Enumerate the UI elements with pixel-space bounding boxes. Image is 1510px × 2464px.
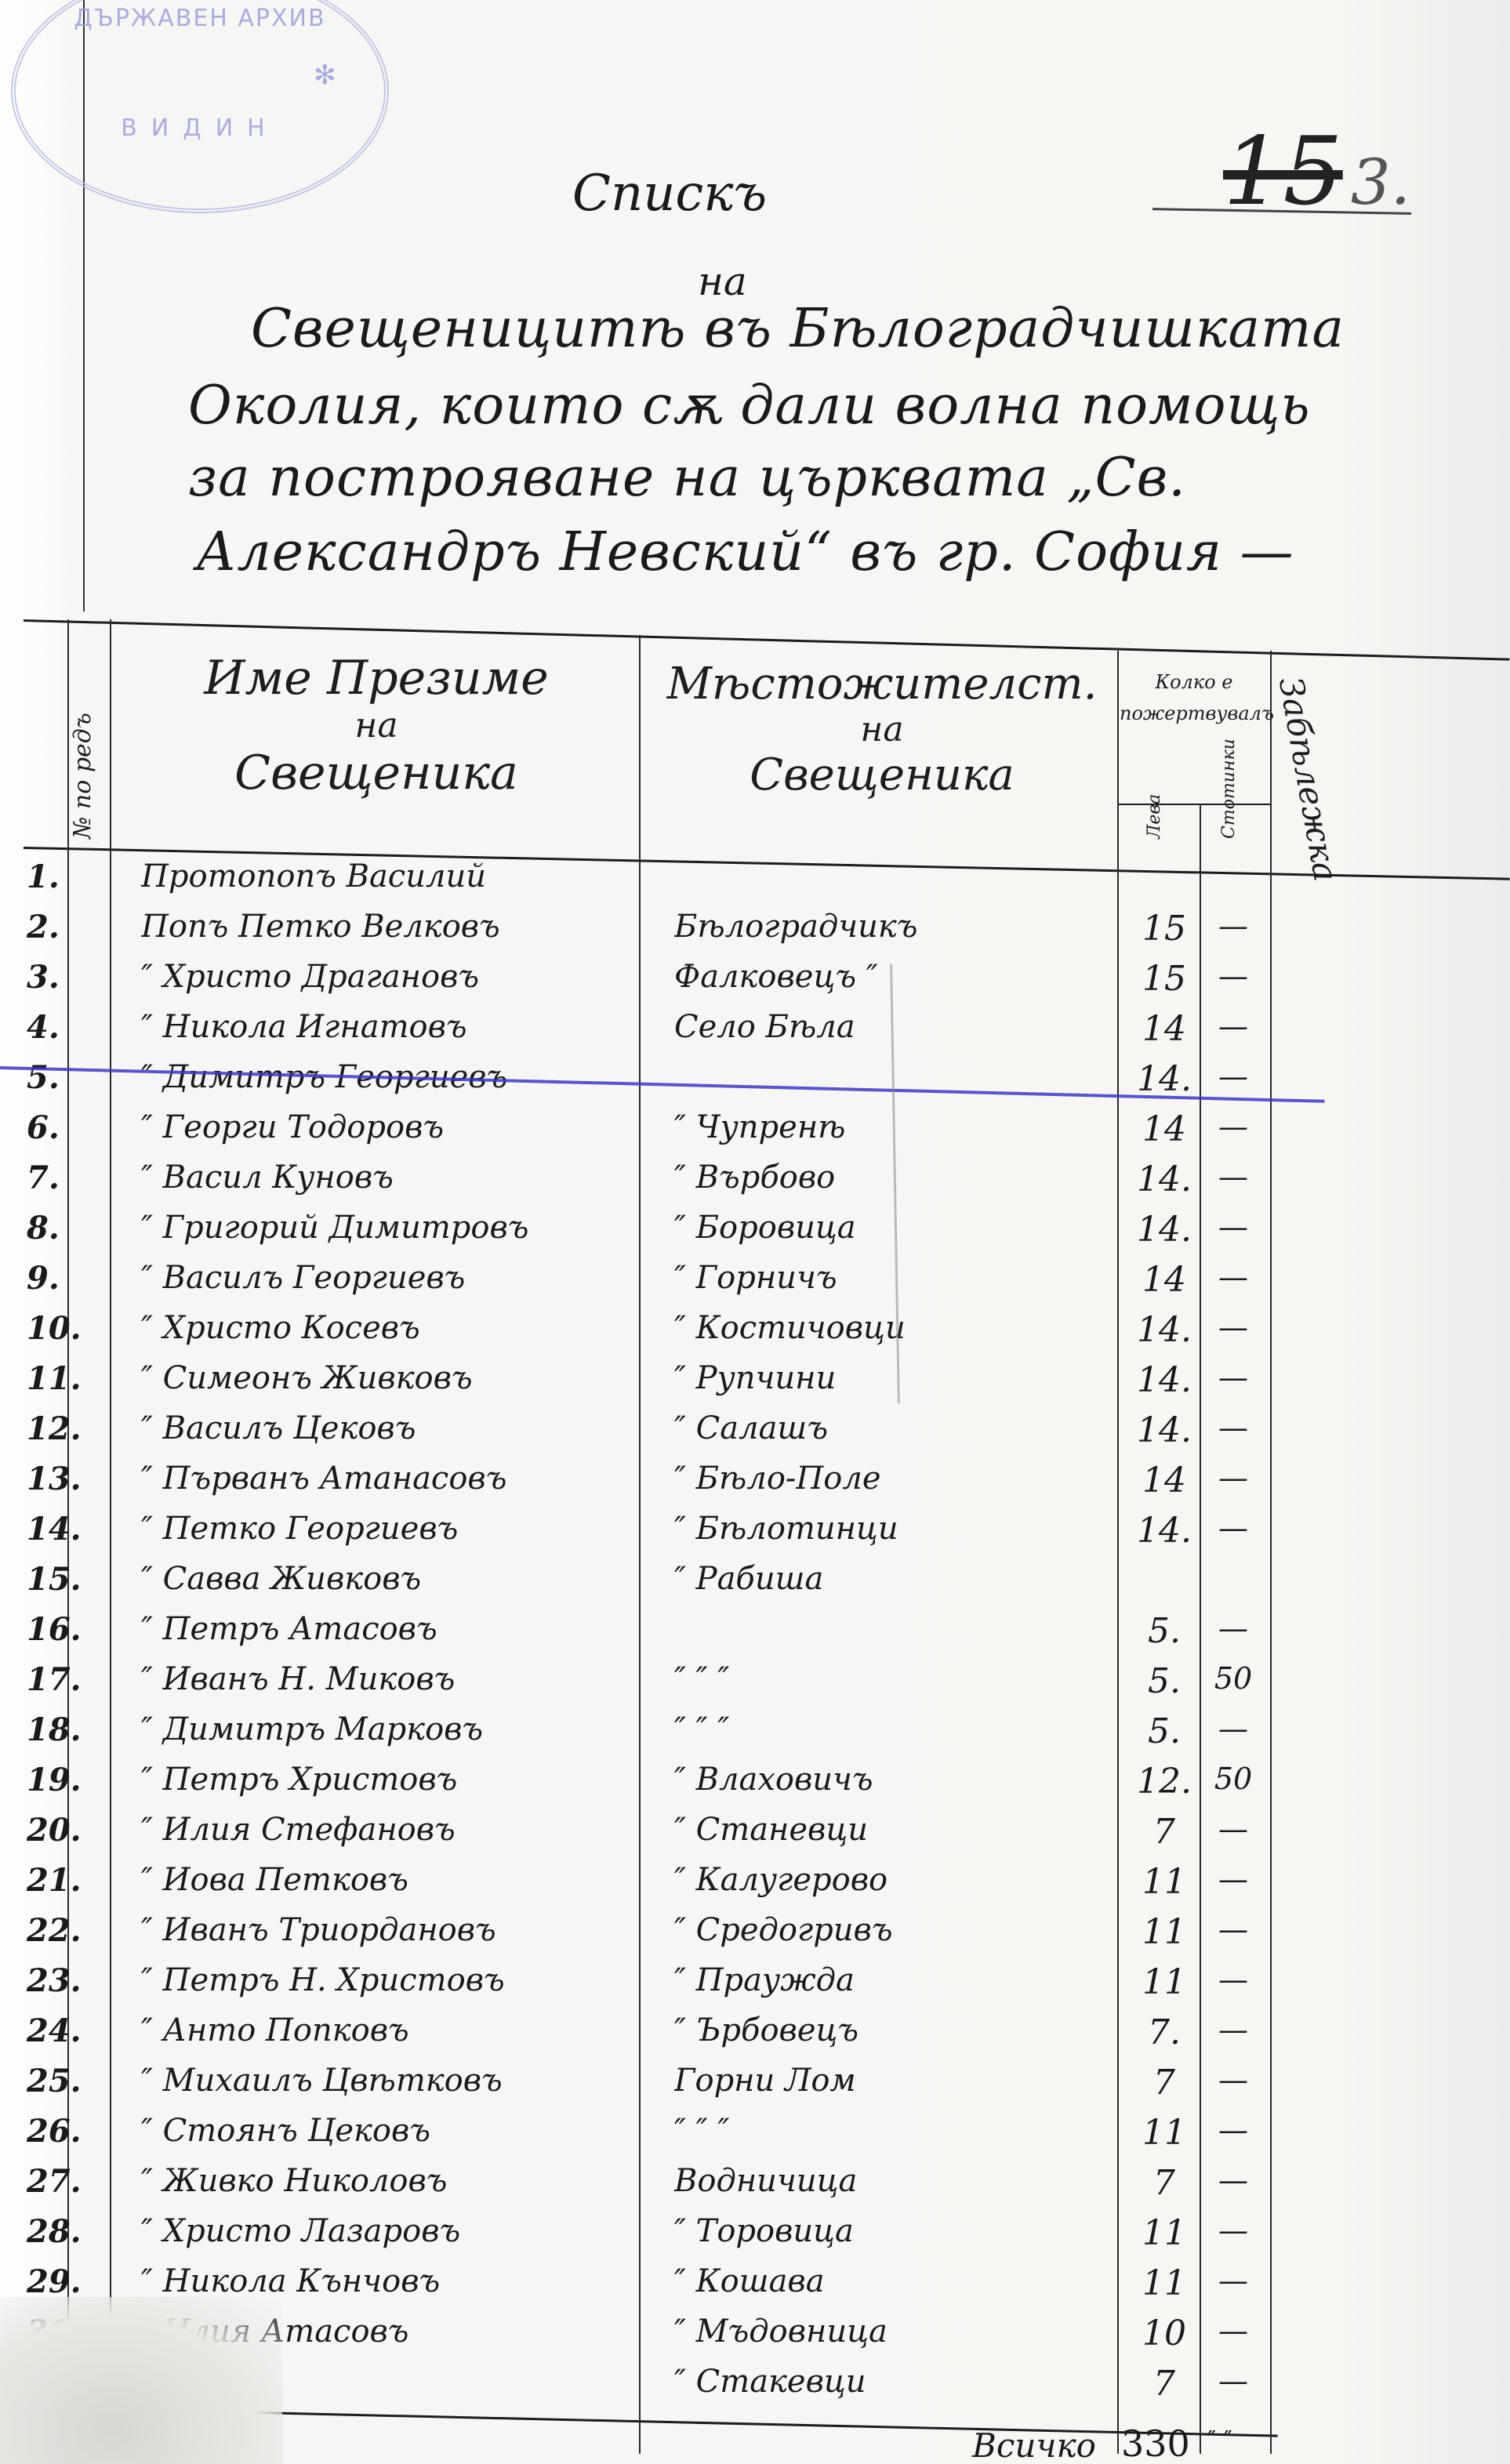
amount-stotinki: — [1198, 1360, 1269, 1395]
row-number: 28. [27, 2213, 82, 2250]
priest-place: ″ Рабиша [674, 1561, 1137, 1597]
priest-name: ″ Анто Попковъ [141, 2012, 659, 2048]
priest-name: ″ Савва Живковъ [141, 1561, 659, 1597]
row-number: 13. [27, 1461, 82, 1497]
header-notes: Забѣлежка [1272, 674, 1345, 884]
priest-name: ″ Иванъ Триордановъ [141, 1912, 659, 1948]
amount-stotinki: — [1198, 1611, 1269, 1646]
priest-name: ″ Петръ Атасовъ [141, 1611, 659, 1647]
amount-leva: 7 [1125, 2063, 1203, 2103]
archive-stamp: ДЪРЖАВЕН АРХИВ ✻ ВИДИН [11, 0, 389, 213]
total-leva: 330 [1121, 2422, 1190, 2464]
amount-leva: 14. [1125, 1410, 1203, 1450]
amount-stotinki: 50 [1198, 1661, 1269, 1696]
amount-stotinki: — [1198, 1461, 1269, 1495]
priest-name: ″ Димитръ Марковъ [141, 1711, 659, 1747]
table-row: 2.Попъ Петко ВелковъБѣлоградчикъ15— [24, 909, 1510, 959]
row-number: 27. [27, 2163, 82, 2200]
row-number: 29. [27, 2263, 82, 2300]
table-row: 15.″ Савва Живковъ″ Рабиша [24, 1561, 1510, 1611]
priest-name: ″ Симеонъ Живковъ [141, 1360, 659, 1396]
priest-place: Село Бѣла [674, 1009, 1137, 1045]
priest-name: ″ Христо Косевъ [141, 1310, 659, 1346]
row-number: 16. [27, 1611, 82, 1648]
amount-leva: 7. [1125, 2012, 1203, 2052]
amount-stotinki: — [1198, 2213, 1269, 2248]
amount-stotinki: — [1198, 1812, 1269, 1846]
amount-leva: 14. [1125, 1159, 1203, 1199]
row-number: 23. [27, 1962, 82, 1999]
row-number: 26. [27, 2113, 82, 2150]
priest-place: Водничица [674, 2163, 1137, 2199]
priest-place: ″ Бѣлотинци [674, 1511, 1137, 1547]
priest-name: ″ Христо Драгановъ [141, 959, 659, 995]
priest-name: ″ Никола Игнатовъ [141, 1009, 659, 1045]
row-number: 18. [27, 1711, 82, 1748]
priest-name: ″ Никола Кънчовъ [141, 2263, 659, 2299]
priest-place: ″ Торовица [674, 2213, 1137, 2249]
row-number: 21. [27, 1862, 82, 1899]
priest-name: ″ Георги Тодоровъ [141, 1109, 659, 1145]
priest-place: ″ Чупренѣ [674, 1109, 1137, 1145]
amount-leva: 11 [1125, 1912, 1203, 1952]
header-place-line-2: на [647, 709, 1117, 749]
table-row: 8.″ Григорий Димитровъ″ Боровица14.— [24, 1210, 1510, 1260]
amount-stotinki: — [1198, 2163, 1269, 2197]
amount-leva: 7 [1125, 2364, 1203, 2404]
amount-leva: 11 [1125, 2113, 1203, 2153]
row-number: 1. [27, 858, 82, 895]
amount-leva: 15 [1125, 959, 1203, 999]
amount-leva: 14. [1125, 1210, 1203, 1250]
priest-place: ″ Влаховичъ [674, 1762, 1137, 1798]
table-row: 11.″ Симеонъ Живковъ″ Рупчини14.— [24, 1360, 1510, 1410]
table-row: 22.″ Иванъ Триордановъ″ Средогривъ11— [24, 1912, 1510, 1962]
table-row: 20.″ Илия Стефановъ″ Станевци7— [24, 1812, 1510, 1862]
amount-stotinki: — [1198, 2364, 1269, 2398]
amount-stotinki: — [1198, 1059, 1269, 1094]
priest-place: ″ Горничъ [674, 1260, 1137, 1296]
amount-stotinki: — [1198, 1962, 1269, 1997]
stamp-top-text: ДЪРЖАВЕН АРХИВ [16, 5, 384, 32]
amount-leva: 11 [1125, 2263, 1203, 2303]
table-row: 16.″ Петръ Атасовъ5.— [24, 1611, 1510, 1661]
amount-leva: 14. [1125, 1511, 1203, 1551]
priest-place: ″ Бѣло-Поле [674, 1461, 1137, 1497]
row-number: 3. [27, 959, 82, 996]
row-number: 22. [27, 1912, 82, 1949]
row-number: 4. [27, 1009, 82, 1046]
table-row: 17.″ Иванъ Н. Миковъ″ ″ ″5.50 [24, 1661, 1510, 1711]
amount-stotinki: — [1198, 1912, 1269, 1947]
table-row: 27.″ Живко НиколовъВодничица7— [24, 2163, 1510, 2213]
priest-name: ″ Григорий Димитровъ [141, 1210, 659, 1246]
amount-stotinki: — [1198, 1109, 1269, 1144]
priest-place: ″ ″ ″ [674, 1711, 1137, 1747]
row-number: 7. [27, 1159, 82, 1196]
amount-stotinki: — [1198, 1159, 1269, 1194]
amount-stotinki: — [1198, 2113, 1269, 2147]
table-row: 9.″ Василъ Георгиевъ″ Горничъ14— [24, 1260, 1510, 1310]
priest-name: ″ Василъ Георгиевъ [141, 1260, 659, 1296]
priest-name: ″ Петръ Н. Христовъ [141, 1962, 659, 1998]
header-name-line-1: Име Презиме [118, 651, 635, 706]
amount-stotinki: — [1198, 2313, 1269, 2348]
amount-leva: 5. [1125, 1611, 1203, 1651]
amount-stotinki: — [1198, 1862, 1269, 1896]
row-number: 6. [27, 1109, 82, 1146]
header-stotinki: Стотинки [1219, 738, 1239, 839]
row-number: 10. [27, 1310, 82, 1347]
table-row: 26.″ Стоянъ Цековъ″ ″ ″11— [24, 2113, 1510, 2163]
table-row: 14.″ Петко Георгиевъ″ Бѣлотинци14.— [24, 1511, 1510, 1561]
title-line-2: Околия, които сѫ дали волна помощь [188, 375, 1311, 437]
priest-name: ″ Стоянъ Цековъ [141, 2113, 659, 2149]
priest-place: ″ Костичовци [674, 1310, 1137, 1346]
title-line-3: за построяване на църквата „Св. [188, 447, 1186, 509]
priest-name: ″ Васил Куновъ [141, 1159, 659, 1196]
table-row: 23.″ Петръ Н. Христовъ″ Праужда11— [24, 1962, 1510, 2012]
header-leva: Лева [1145, 794, 1164, 839]
amount-stotinki: — [1198, 1210, 1269, 1244]
table-row: 18.″ Димитръ Марковъ″ ″ ″5.— [24, 1711, 1510, 1762]
priest-place: ″ Мъдовница [674, 2313, 1137, 2350]
amount-leva: 7 [1125, 1812, 1203, 1852]
header-name: Име Презиме на Свещеника [118, 651, 635, 800]
row-number: 8. [27, 1210, 82, 1247]
amount-stotinki: 50 [1198, 1762, 1269, 1796]
table-row: 7.″ Васил Куновъ″ Върбово14.— [24, 1159, 1510, 1210]
priest-name: Попъ Петко Велковъ [141, 909, 659, 945]
amount-stotinki: — [1198, 909, 1269, 943]
priest-place: ″ Рупчини [674, 1360, 1137, 1396]
priest-place: ″ Ърбовецъ [674, 2012, 1137, 2048]
total-label: Всичко [972, 2426, 1096, 2464]
document-page: ДЪРЖАВЕН АРХИВ ✻ ВИДИН 153. Спискъ на Св… [0, 0, 1510, 2464]
table-row: 25.″ Михаилъ ЦвѣтковъГорни Лом7— [24, 2063, 1510, 2113]
amount-stotinki: — [1198, 1260, 1269, 1294]
priest-place: ″ ″ ″ [674, 1661, 1137, 1697]
table-row: 13.″ Първанъ Атанасовъ″ Бѣло-Поле14— [24, 1461, 1510, 1511]
amount-leva: 14. [1125, 1310, 1203, 1350]
folio-new-number: 3. [1351, 146, 1410, 219]
amount-leva: 10 [1125, 2313, 1203, 2353]
amount-leva: 14. [1125, 1360, 1203, 1400]
row-number: 9. [27, 1260, 82, 1297]
table-row: 12.″ Василъ Цековъ″ Салашъ14.— [24, 1410, 1510, 1461]
amount-leva: 7 [1125, 2163, 1203, 2203]
priest-name: ″ Иова Петковъ [141, 1862, 659, 1898]
priest-name: ″ Първанъ Атанасовъ [141, 1461, 659, 1497]
row-number: 20. [27, 1812, 82, 1849]
amount-stotinki: — [1198, 1410, 1269, 1445]
priest-place: ″ Кошава [674, 2263, 1137, 2299]
table-row: 21.″ Иова Петковъ″ Калугерово11— [24, 1862, 1510, 1912]
priest-place: ″ Калугерово [674, 1862, 1137, 1898]
amount-stotinki: — [1198, 959, 1269, 993]
header-amount: Колко е пожертвувалъ [1120, 666, 1269, 729]
table-row: 24.″ Анто Попковъ″ Ърбовецъ7.— [24, 2012, 1510, 2063]
amount-leva: 11 [1125, 1962, 1203, 2002]
donation-table: № по редъ Име Презиме на Свещеника Мѣсто… [24, 619, 1510, 2454]
amount-leva: 14 [1125, 1109, 1203, 1149]
row-number: 14. [27, 1511, 82, 1548]
header-number: № по редъ [69, 713, 96, 839]
priest-name: Протопопъ Василий [141, 858, 659, 895]
table-row: 4.″ Никола ИгнатовъСело Бѣла14— [24, 1009, 1510, 1059]
amount-subheader-rule [1117, 804, 1270, 805]
row-number: 15. [27, 1561, 82, 1598]
header-place: Мѣстожителст. на Свещеника [647, 659, 1117, 800]
priest-name: ″ Илия Стефановъ [141, 1812, 659, 1848]
row-number: 17. [27, 1661, 82, 1698]
row-number: 19. [27, 1762, 82, 1798]
header-place-line-3: Свещеника [647, 749, 1117, 800]
priest-place: ″ ″ ″ [674, 2113, 1137, 2149]
priest-name: ″ Христо Лазаровъ [141, 2213, 659, 2249]
amount-stotinki: — [1198, 1511, 1269, 1545]
amount-leva: 11 [1125, 2213, 1203, 2253]
table-row: 10.″ Христо Косевъ″ Костичовци14.— [24, 1310, 1510, 1360]
amount-stotinki: — [1198, 2263, 1269, 2298]
priest-place: Горни Лом [674, 2063, 1137, 2099]
table-row: 6.″ Георги Тодоровъ″ Чупренѣ14— [24, 1109, 1510, 1159]
row-number: 11. [27, 1360, 82, 1397]
priest-name: ″ Петръ Христовъ [141, 1762, 659, 1798]
table-row: 19.″ Петръ Христовъ″ Влаховичъ12.50 [24, 1762, 1510, 1812]
table-row: 1.Протопопъ Василий [24, 858, 1510, 909]
priest-name: ″ Иванъ Н. Миковъ [141, 1661, 659, 1697]
amount-leva: 12. [1125, 1762, 1203, 1802]
amount-leva: 11 [1125, 1862, 1203, 1902]
priest-name: ″ Петко Георгиевъ [141, 1511, 659, 1547]
priest-place: ″ Стакевци [674, 2364, 1137, 2400]
amount-leva: 15 [1125, 909, 1203, 949]
row-number: 5. [27, 1059, 82, 1096]
priest-name: ″ Василъ Цековъ [141, 1410, 659, 1446]
amount-leva: 14 [1125, 1009, 1203, 1049]
amount-leva: 14 [1125, 1260, 1203, 1300]
priest-place: ″ Салашъ [674, 1410, 1137, 1446]
amount-stotinki: — [1198, 2063, 1269, 2097]
total-stotinki: ″ ″ [1207, 2426, 1232, 2454]
amount-stotinki: — [1198, 1711, 1269, 1746]
amount-leva: 14. [1125, 1059, 1203, 1099]
row-number: 12. [27, 1410, 82, 1447]
row-number: 2. [27, 909, 82, 945]
title-line-1: Свещеницитѣ въ Бѣлоградчишката [251, 298, 1345, 360]
priest-place: ″ Средогривъ [674, 1912, 1137, 1948]
amount-leva: 5. [1125, 1661, 1203, 1701]
row-number: 24. [27, 2012, 82, 2049]
stamp-bottom-text: ВИДИН [16, 114, 384, 142]
amount-leva: 14 [1125, 1461, 1203, 1501]
row-number: 25. [27, 2063, 82, 2099]
header-name-line-3: Свещеника [118, 746, 635, 800]
priest-place: ″ Станевци [674, 1812, 1137, 1848]
amount-stotinki: — [1198, 2012, 1269, 2047]
priest-place: ″ Боровица [674, 1210, 1137, 1246]
header-name-line-2: на [118, 706, 635, 746]
header-place-line-1: Мѣстожителст. [647, 659, 1117, 709]
priest-name: ″ Михаилъ Цвѣтковъ [141, 2063, 659, 2099]
priest-name: ″ Живко Николовъ [141, 2163, 659, 2199]
priest-place: Бѣлоградчикъ [674, 909, 1137, 945]
priest-place: ″ Върбово [674, 1159, 1137, 1196]
stamp-star-icon: ✻ [314, 60, 336, 91]
title-line-4: Александръ Невский“ въ гр. София — [196, 521, 1294, 583]
title-heading: Спискъ [572, 165, 767, 223]
priest-place: Фалковецъ ″ [674, 959, 1137, 995]
table-row: 28.″ Христо Лазаровъ″ Торовица11— [24, 2213, 1510, 2263]
priest-place: ″ Праужда [674, 1962, 1137, 1998]
torn-corner [0, 2297, 282, 2464]
table-row: 3.″ Христо ДрагановъФалковецъ ″15— [24, 959, 1510, 1009]
amount-stotinki: — [1198, 1310, 1269, 1344]
amount-stotinki: — [1198, 1009, 1269, 1043]
amount-leva: 5. [1125, 1711, 1203, 1751]
